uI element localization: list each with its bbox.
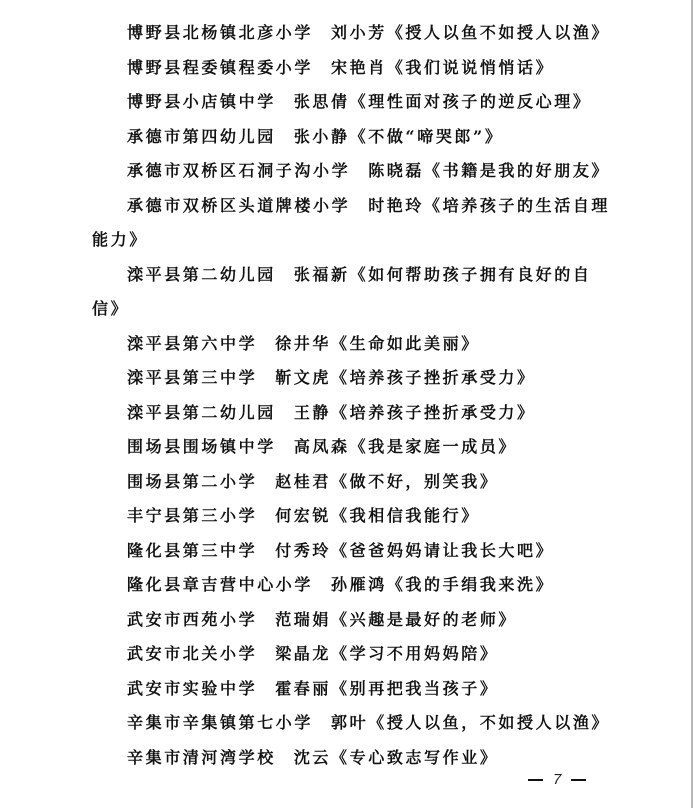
work-title: 《别再把我当孩子》 bbox=[331, 679, 498, 698]
list-item: 滦平县第六中学徐井华《生命如此美丽》 bbox=[92, 329, 604, 364]
list-item: 博野县程委镇程委小学宋艳肖《我们说说悄悄话》 bbox=[92, 53, 604, 88]
list-item: 博野县小店镇中学张思倩《理性面对孩子的逆反心理》 bbox=[92, 87, 604, 122]
school-name: 武安市实验中学 bbox=[127, 679, 257, 698]
list-item: 滦平县第三中学靳文虎《培养孩子挫折承受力》 bbox=[92, 363, 604, 398]
list-item: 辛集市辛集镇第七小学郭叶《授人以鱼，不如授人以渔》 bbox=[92, 708, 604, 743]
work-title: 《我相信我能行》 bbox=[331, 506, 480, 525]
dash-right bbox=[571, 779, 586, 781]
school-name: 隆化县第三中学 bbox=[127, 541, 257, 560]
work-title: 《我是家庭一成员》 bbox=[350, 437, 517, 456]
author-name: 高凤森 bbox=[294, 437, 350, 456]
school-name: 围场县围场镇中学 bbox=[127, 437, 276, 456]
list-item-continuation: 信》 bbox=[92, 294, 604, 329]
work-title: 《书籍是我的好朋友》 bbox=[424, 161, 610, 180]
work-title: 《培养孩子的生活自理 bbox=[424, 196, 610, 215]
author-name: 徐井华 bbox=[275, 334, 331, 353]
school-name: 承德市双桥区石洞子沟小学 bbox=[127, 161, 350, 180]
author-name: 张思倩 bbox=[294, 92, 350, 111]
school-name: 博野县程委镇程委小学 bbox=[127, 58, 313, 77]
list-item: 丰宁县第三小学何宏锐《我相信我能行》 bbox=[92, 501, 604, 536]
work-title: 《授人以鱼不如授人以渔》 bbox=[387, 23, 610, 42]
author-name: 付秀玲 bbox=[275, 541, 331, 560]
school-name: 丰宁县第三小学 bbox=[127, 506, 257, 525]
list-item: 承德市双桥区头道牌楼小学时艳玲《培养孩子的生活自理 bbox=[92, 191, 604, 226]
list-item: 围场县围场镇中学高凤森《我是家庭一成员》 bbox=[92, 432, 604, 467]
list-item: 围场县第二小学赵桂君《做不好，别笑我》 bbox=[92, 467, 604, 502]
school-name: 滦平县第二幼儿园 bbox=[127, 265, 276, 284]
work-title: 《学习不用妈妈陪》 bbox=[331, 644, 498, 663]
work-title: 《生命如此美丽》 bbox=[331, 334, 480, 353]
list-item: 武安市北关小学梁晶龙《学习不用妈妈陪》 bbox=[92, 639, 604, 674]
work-title: 《我们说说悄悄话》 bbox=[387, 58, 554, 77]
author-name: 霍春丽 bbox=[275, 679, 331, 698]
document-body: 博野县北杨镇北彦小学刘小芳《授人以鱼不如授人以渔》 博野县程委镇程委小学宋艳肖《… bbox=[92, 18, 604, 777]
author-name: 张福新 bbox=[294, 265, 350, 284]
work-title: 《做不好，别笑我》 bbox=[331, 472, 498, 491]
author-name: 范瑞娟 bbox=[275, 610, 331, 629]
work-title: 《培养孩子挫折承受力》 bbox=[331, 368, 536, 387]
author-name: 何宏锐 bbox=[275, 506, 331, 525]
list-item: 隆化县章吉营中心小学孙雁鸿《我的手绢我来洗》 bbox=[92, 570, 604, 605]
list-item: 承德市双桥区石洞子沟小学陈晓磊《书籍是我的好朋友》 bbox=[92, 156, 604, 191]
school-name: 承德市双桥区头道牌楼小学 bbox=[127, 196, 350, 215]
school-name: 武安市北关小学 bbox=[127, 644, 257, 663]
school-name: 辛集市清河湾学校 bbox=[127, 748, 276, 767]
work-title: 《如何帮助孩子拥有良好的自 bbox=[350, 265, 592, 284]
school-name: 滦平县第六中学 bbox=[127, 334, 257, 353]
school-name: 隆化县章吉营中心小学 bbox=[127, 575, 313, 594]
author-name: 靳文虎 bbox=[275, 368, 331, 387]
list-item: 博野县北杨镇北彦小学刘小芳《授人以鱼不如授人以渔》 bbox=[92, 18, 604, 53]
school-name: 辛集市辛集镇第七小学 bbox=[127, 713, 313, 732]
list-item: 武安市西苑小学范瑞娟《兴趣是最好的老师》 bbox=[92, 605, 604, 640]
work-title: 《专心致志写作业》 bbox=[331, 748, 498, 767]
school-name: 博野县小店镇中学 bbox=[127, 92, 276, 111]
list-item-continuation: 能力》 bbox=[92, 225, 604, 260]
school-name: 博野县北杨镇北彦小学 bbox=[127, 23, 313, 42]
list-item: 承德市第四幼儿园张小静《不做“啼哭郎”》 bbox=[92, 122, 604, 157]
work-title: 《培养孩子挫折承受力》 bbox=[331, 403, 536, 422]
work-title-continuation: 信》 bbox=[92, 299, 129, 318]
author-name: 梁晶龙 bbox=[275, 644, 331, 663]
list-item: 滦平县第二幼儿园张福新《如何帮助孩子拥有良好的自 bbox=[92, 260, 604, 295]
list-item: 武安市实验中学霍春丽《别再把我当孩子》 bbox=[92, 674, 604, 709]
author-name: 陈晓磊 bbox=[368, 161, 424, 180]
author-name: 宋艳肖 bbox=[331, 58, 387, 77]
author-name: 沈云 bbox=[294, 748, 331, 767]
author-name: 张小静 bbox=[294, 127, 350, 146]
work-title-continuation: 能力》 bbox=[92, 230, 148, 249]
page-number: 7 bbox=[528, 771, 586, 788]
work-title: 《不做“啼哭郎”》 bbox=[350, 127, 504, 146]
list-item: 隆化县第三中学付秀玲《爸爸妈妈请让我长大吧》 bbox=[92, 536, 604, 571]
school-name: 滦平县第二幼儿园 bbox=[127, 403, 276, 422]
author-name: 王静 bbox=[294, 403, 331, 422]
work-title: 《兴趣是最好的老师》 bbox=[331, 610, 517, 629]
school-name: 武安市西苑小学 bbox=[127, 610, 257, 629]
author-name: 赵桂君 bbox=[275, 472, 331, 491]
author-name: 郭叶 bbox=[331, 713, 368, 732]
author-name: 刘小芳 bbox=[331, 23, 387, 42]
school-name: 围场县第二小学 bbox=[127, 472, 257, 491]
school-name: 滦平县第三中学 bbox=[127, 368, 257, 387]
work-title: 《授人以鱼，不如授人以渔》 bbox=[368, 713, 610, 732]
page-number-value: 7 bbox=[553, 771, 561, 788]
school-name: 承德市第四幼儿园 bbox=[127, 127, 276, 146]
work-title: 《我的手绢我来洗》 bbox=[387, 575, 554, 594]
work-title: 《爸爸妈妈请让我长大吧》 bbox=[331, 541, 554, 560]
dash-left bbox=[528, 779, 543, 781]
list-item: 滦平县第二幼儿园王静《培养孩子挫折承受力》 bbox=[92, 398, 604, 433]
work-title: 《理性面对孩子的逆反心理》 bbox=[350, 92, 592, 111]
author-name: 孙雁鸿 bbox=[331, 575, 387, 594]
author-name: 时艳玲 bbox=[368, 196, 424, 215]
